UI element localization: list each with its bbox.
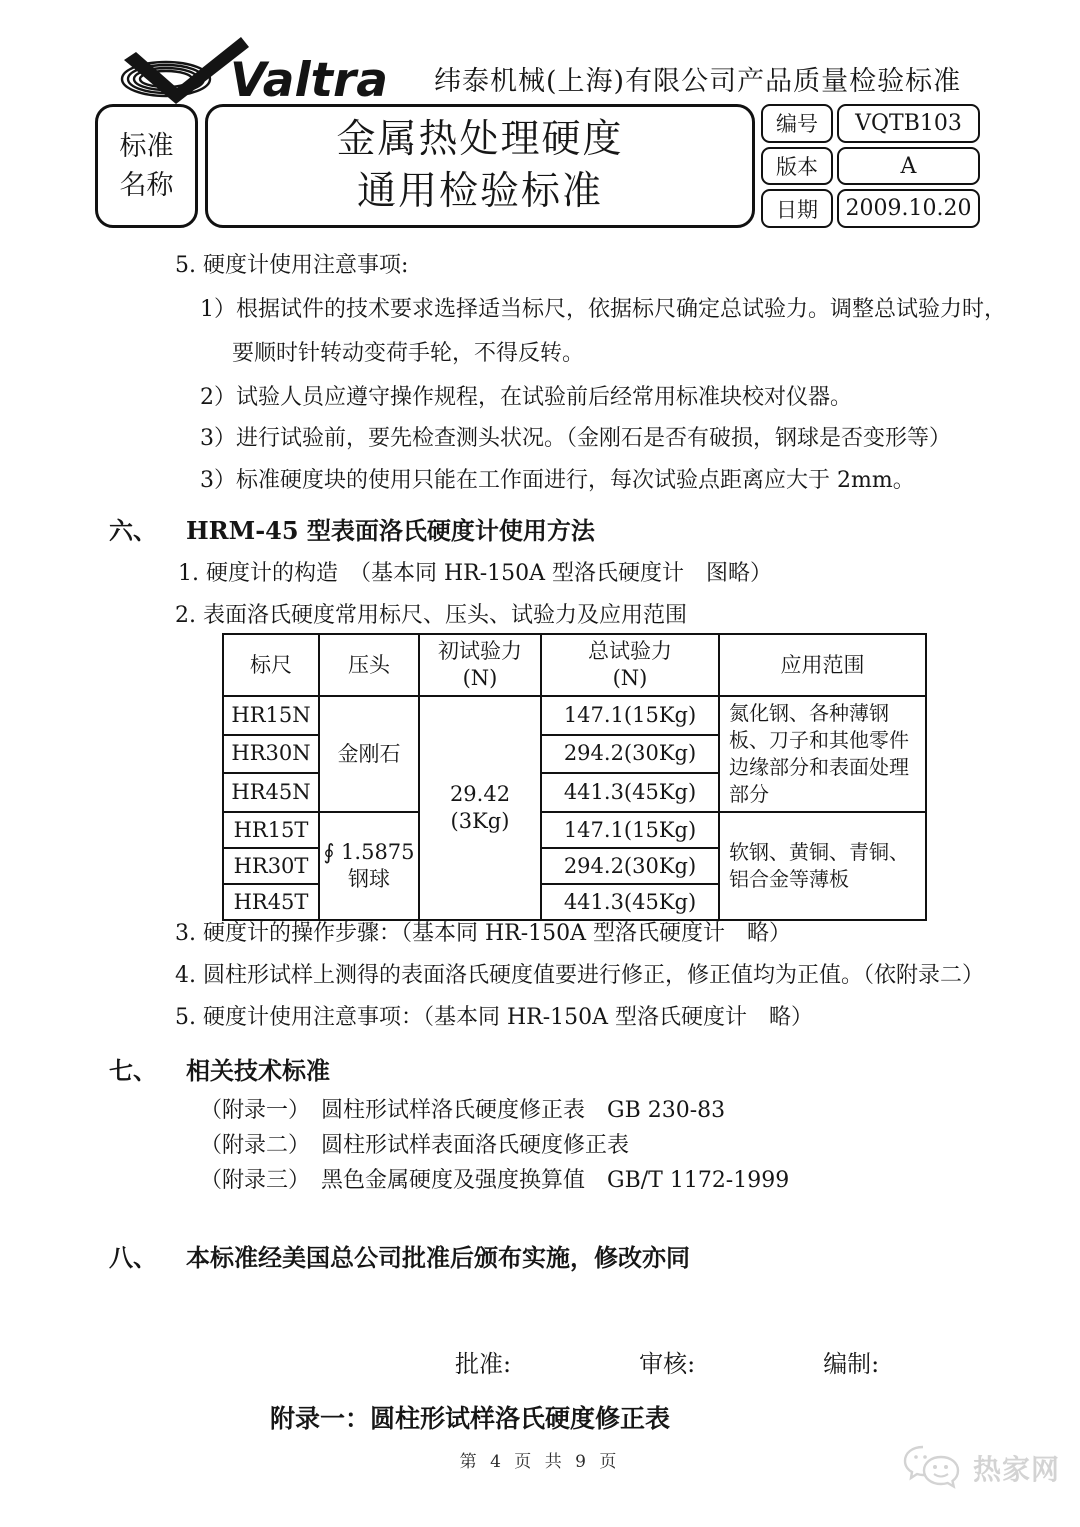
section7-title: 相关技术标准 [186,1051,330,1086]
total-force-cell: 294.2(30Kg) [541,848,719,884]
sec5-item2: 2）试验人员应遵守操作规程，在试验前后经常用标准块校对仪器。 [200,383,852,413]
chat-bubbles-icon [903,1443,965,1493]
scale-cell: HR45N [223,773,319,812]
col-indenter: 压头 [319,634,419,696]
document-title-line1: 金属热处理硬度 [208,114,752,166]
meta-number-label: 编号 [761,104,833,143]
ball-label: 钢球 [320,866,418,893]
table-header-row: 标尺 压头 初试验力 (N) 总试验力 (N) 应用范围 [223,634,926,696]
rockwell-scale-table: 标尺 压头 初试验力 (N) 总试验力 (N) 应用范围 HR15N 金刚石 2… [222,633,927,921]
section6-heading: 六、 HRM-45 型表面洛氏硬度计使用方法 [109,511,595,546]
total-force-cell: 147.1(15Kg) [541,812,719,848]
valtra-logo-icon: Valtra [104,34,404,106]
sec7-item1: （附录一） 圆柱形试样洛氏硬度修正表 GB 230-83 [200,1096,725,1126]
sec7-item3: （附录三） 黑色金属硬度及强度换算值 GB/T 1172-1999 [200,1166,789,1196]
sec6-item3: 3. 硬度计的操作步骤：（基本同 HR-150A 型洛氏硬度计 略） [175,919,791,949]
application-n-cell: 氮化钢、各种薄钢板、刀子和其他零件边缘部分和表面处理部分 [719,696,926,812]
section6-title: HRM-45 型表面洛氏硬度计使用方法 [186,511,595,546]
sec5-item3: 3）进行试验前，要先检查测头状况。（金刚石是否有破损，钢球是否变形等） [200,424,951,454]
title-block: 标准 名称 金属热处理硬度 通用检验标准 编号 VQTB103 版本 A 日期 … [95,104,980,228]
sec5-heading: 5. 硬度计使用注意事项: [175,251,408,281]
meta-date-label: 日期 [761,189,833,228]
sec5-item1-continued: 要顺时针转动变荷手轮，不得反转。 [232,339,584,369]
brand-row: Valtra 纬泰机械(上海)有限公司产品质量检验标准 [104,34,961,106]
sec5-item1: 1）根据试件的技术要求选择适当标尺，依据标尺确定总试验力。调整总试验力时， [200,295,1006,325]
col-initial-force: 初试验力 (N) [419,634,541,696]
initial-force-kg: (3Kg) [420,808,540,835]
initial-force-cell: 29.42 (3Kg) [419,696,541,920]
document-page: Valtra 纬泰机械(上海)有限公司产品质量检验标准 标准 名称 金属热处理硬… [0,0,1080,1527]
section8-heading: 八、 本标准经美国总公司批准后颁布实施，修改亦同 [109,1238,690,1273]
table-row: HR15T ∮ 1.5875 钢球 147.1(15Kg) 软钢、黄铜、青铜、铝… [223,812,926,848]
scale-cell: HR30N [223,735,319,774]
standard-name-label: 标准 名称 [95,104,198,228]
scale-cell: HR15N [223,696,319,735]
col-initial-force-unit: (N) [420,665,540,692]
sec7-item2: （附录二） 圆柱形试样表面洛氏硬度修正表 [200,1131,629,1161]
indenter-ball-cell: ∮ 1.5875 钢球 [319,812,419,920]
watermark-text: 热家网 [973,1448,1060,1488]
meta-number-value: VQTB103 [837,104,980,143]
meta-row-version: 版本 A [761,147,980,186]
document-title-line2: 通用检验标准 [208,166,752,218]
scale-cell: HR30T [223,848,319,884]
sec6-item5: 5. 硬度计使用注意事项：（基本同 HR-150A 型洛氏硬度计 略） [175,1003,813,1033]
prepare-label: 编制: [823,1344,879,1379]
indenter-diamond-cell: 金刚石 [319,696,419,812]
logo-wordmark: Valtra [230,53,388,106]
sec6-item4: 4. 圆柱形试样上测得的表面洛氏硬度值要进行修正，修正值均为正值。（依附录二） [175,961,984,991]
company-standard-title: 纬泰机械(上海)有限公司产品质量检验标准 [434,59,961,106]
document-title: 金属热处理硬度 通用检验标准 [205,104,755,228]
meta-date-value: 2009.10.20 [837,189,980,228]
sec6-item2: 2. 表面洛氏硬度常用标尺、压头、试验力及应用范围 [175,601,687,631]
scale-cell: HR45T [223,884,319,920]
approve-label: 批准: [455,1344,511,1379]
col-total-force-label: 总试验力 [542,638,718,665]
total-force-cell: 441.3(45Kg) [541,884,719,920]
appendix1-title: 附录一：圆柱形试样洛氏硬度修正表 [270,1399,670,1435]
section8-number: 八、 [109,1238,157,1273]
standard-name-line2: 名称 [120,166,174,205]
review-label: 审核: [639,1344,695,1379]
signature-row: 批准: 审核: 编制: [455,1344,879,1379]
section7-heading: 七、 相关技术标准 [109,1051,330,1086]
ball-diameter: ∮ 1.5875 [320,839,418,866]
table-row: HR15N 金刚石 29.42 (3Kg) 147.1(15Kg) 氮化钢、各种… [223,696,926,735]
col-total-force: 总试验力 (N) [541,634,719,696]
meta-row-date: 日期 2009.10.20 [761,189,980,228]
application-t-cell: 软钢、黄铜、青铜、铝合金等薄板 [719,812,926,920]
meta-version-value: A [837,147,980,186]
sec5-item4: 3）标准硬度块的使用只能在工作面进行，每次试验点距离应大于 2mm。 [200,466,915,496]
standard-name-line1: 标准 [120,127,174,166]
scale-cell: HR15T [223,812,319,848]
total-force-cell: 441.3(45Kg) [541,773,719,812]
meta-row-number: 编号 VQTB103 [761,104,980,143]
total-force-cell: 147.1(15Kg) [541,696,719,735]
initial-force-value: 29.42 [420,781,540,808]
col-scale: 标尺 [223,634,319,696]
document-meta: 编号 VQTB103 版本 A 日期 2009.10.20 [761,104,980,228]
watermark: 热家网 [903,1443,1060,1493]
col-application: 应用范围 [719,634,926,696]
total-force-cell: 294.2(30Kg) [541,735,719,774]
section6-number: 六、 [109,511,157,546]
col-initial-force-label: 初试验力 [420,638,540,665]
section8-title: 本标准经美国总公司批准后颁布实施，修改亦同 [186,1238,690,1273]
sec6-item1: 1. 硬度计的构造 （基本同 HR-150A 型洛氏硬度计 图略） [178,559,772,589]
meta-version-label: 版本 [761,147,833,186]
col-total-force-unit: (N) [542,665,718,692]
section7-number: 七、 [109,1051,157,1086]
